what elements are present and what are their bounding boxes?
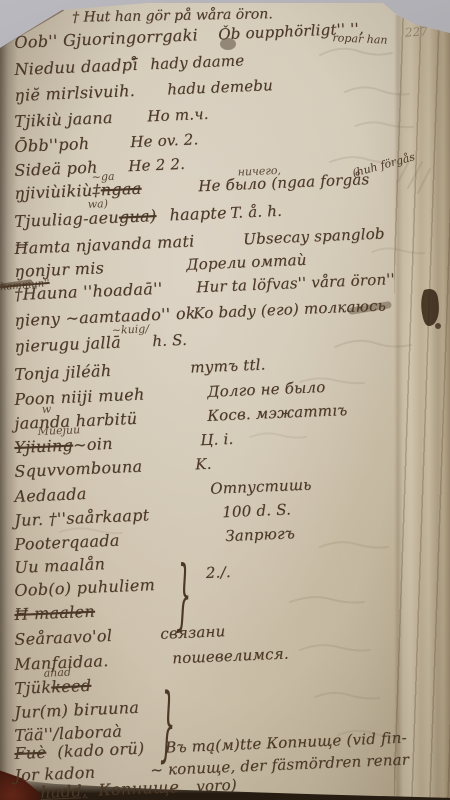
entry-gloss: Дорели омтаù xyxy=(186,251,307,274)
entry-word: Ħamta njavanda mati xyxy=(14,231,195,258)
entry-insertion: ~kuig/ xyxy=(112,322,150,337)
manuscript-line: Tjükkeed ahad xyxy=(14,676,92,698)
entry-gloss: тутъ ttl. xyxy=(190,355,266,376)
entry-gloss: Не было (ngaa forgås xyxy=(198,170,370,195)
manuscript-line: Ħamta njavanda mati Ubsecay spanglob xyxy=(14,231,195,258)
manuscript-line: Uu maalån 2./. xyxy=(14,554,106,577)
entry-word2: haapte xyxy=(169,203,227,224)
entry-note: ropar han xyxy=(332,31,388,46)
entry-word: Sideä poh xyxy=(14,158,98,180)
entry-insertion: w xyxy=(42,402,52,415)
grouping-brace: } xyxy=(160,676,175,771)
entry-gloss: h. S. xyxy=(152,331,187,350)
manuscript-line: Nieduu daadpī̊ hady daame xyxy=(14,55,138,79)
manuscript-line: Tonja jiléäh тутъ ttl. xyxy=(14,361,112,384)
entry-insertion: wa) xyxy=(87,197,108,211)
manuscript-line: Ōbb''poh Не ov. 2. xyxy=(14,134,90,156)
entry-word: Oob(o) puhuliem xyxy=(14,575,155,600)
entry-word: Aedaada xyxy=(14,484,87,506)
entry-word: ŋierugu jallā xyxy=(14,333,121,356)
manuscript-line: Aedaada Отпустишь xyxy=(14,484,87,506)
entry-word: Squvvombouna xyxy=(14,457,143,481)
entry-gloss: K. xyxy=(195,455,212,474)
entry-word-struck: Ħ maalen xyxy=(14,602,95,624)
entry-gloss: Ц. i. xyxy=(200,430,234,449)
manuscript-line: Sideä poh Не 2 2. xyxy=(14,158,98,180)
entry-word: (kado orü) xyxy=(57,739,145,762)
manuscript-line: ŋonjur mis Дорели омтаù xyxy=(14,258,104,281)
manuscript-line: Ħ maalen xyxy=(14,602,95,624)
entry-gloss: Не ov. 2. xyxy=(130,130,199,151)
entry-word-struck: gua) xyxy=(118,206,156,227)
entry-word: ŋiĕ mirlsivuih. xyxy=(14,81,135,105)
entry-gloss: Косв. мэжаттıъ xyxy=(207,401,348,425)
entry-gloss: Не 2 2. xyxy=(128,155,185,175)
manuscript-line: Oob'' Gjuoringorrgaki Ǒb oupphörligt'' '… xyxy=(14,25,198,52)
manuscript-line: ŋierugu jallā ~kuig/ h. S. xyxy=(14,333,121,356)
manuscript-line: ŋieny ~aamtaado'' ok Ko bady (его) толка… xyxy=(14,303,196,330)
entry-word: Seåraavo'ol xyxy=(14,626,113,649)
entry-word2: Копнище xyxy=(98,777,179,799)
header-note: † Hut han gör på wåra öron. xyxy=(72,6,273,26)
entry-gloss: Запрюгъ xyxy=(225,524,295,545)
entry-gloss: Ubsecay spanglob xyxy=(243,224,385,248)
entry-word: Ōbb''poh xyxy=(14,134,90,156)
entry-gloss-superscript: ничего, xyxy=(237,164,281,179)
entry-gloss: hadu demebu xyxy=(167,76,273,98)
grouping-brace: } xyxy=(176,550,191,640)
entry-insertion: ~ga xyxy=(92,170,115,184)
entry-gloss: 100 d. S. xyxy=(222,500,292,521)
entry-gloss: hady daame xyxy=(150,51,245,73)
manuscript-line: Seåraavo'ol связани xyxy=(14,626,113,649)
entry-word: ~oin xyxy=(73,434,113,455)
entry-gloss: Долго не было xyxy=(207,378,326,401)
handwritten-text-layer: † Hut han gör på wåra öron. 227 hammun''… xyxy=(0,0,450,800)
entry-word-struck: Yjiuing xyxy=(14,436,73,457)
entry-word: Tjük xyxy=(14,677,52,698)
entry-word: ŋieny ~aamtaado'' ok xyxy=(14,303,196,330)
entry-word: Poon niiji mueh xyxy=(14,385,145,409)
manuscript-line: Pooterqaada Запрюгъ xyxy=(14,531,120,554)
entry-gloss: пошевелимся. xyxy=(172,645,289,668)
entry-word: Tjuuliag-aeu xyxy=(14,208,119,231)
entry-word: Uu maalån xyxy=(14,554,106,577)
entry-word: Oob'' Gjuoringorrgaki xyxy=(14,25,198,52)
manuscript-line: Poon niiji mueh Долго не было xyxy=(14,385,145,409)
manuscript-line: Jur(m) biruuna xyxy=(14,698,139,722)
entry-gloss: Отпустишь xyxy=(210,476,312,498)
manuscript-line: Tjikiù jaana Но т.ч. xyxy=(14,108,113,131)
entry-gloss: T. å. h. xyxy=(230,202,283,222)
entry-word: Jur. †''saårkaapt xyxy=(14,505,150,530)
entry-word: Tjikiù jaana xyxy=(14,108,113,131)
entry-word-struck: Fuè xyxy=(14,743,47,763)
manuscript-line: Fuè (kado orü) Въ тą(м)ttе Копнище (vid … xyxy=(14,739,145,763)
page-number: 227 xyxy=(405,24,429,40)
entry-word-underlined: hadd, xyxy=(40,781,88,800)
entry-word: ŋonjur mis xyxy=(14,258,104,281)
entry-word: Nieduu daadpī̊ xyxy=(14,55,138,79)
manuscript-line: Oob(o) puhuliem xyxy=(14,575,155,600)
manuscript-line: Jur. †''saårkaapt 100 d. S. xyxy=(14,505,150,530)
manuscript-line: Yjiuing~oin Muejuu Ц. i. xyxy=(14,434,113,457)
manuscript-line: ŋjiviùikiù‡ngaa ~ga Не было (ngaa forgås… xyxy=(14,179,142,203)
entry-gloss: связани xyxy=(160,622,226,643)
entry-insertion: ahad xyxy=(44,666,72,680)
entry-word: Tonja jiléäh xyxy=(14,361,112,384)
manuscript-line: ŋiĕ mirlsivuih. hadu demebu xyxy=(14,81,135,105)
entry-gloss: Но т.ч. xyxy=(147,105,209,126)
entry-note: (huh förgås xyxy=(351,150,416,180)
entry-word: Pooterqaada xyxy=(14,531,120,554)
entry-insertion: Muejuu xyxy=(37,423,80,438)
entry-gloss: Hur ta löfvas'' våra öron'' xyxy=(196,270,395,296)
entry-gloss: voro) xyxy=(196,776,237,796)
entry-gloss: Ko bady (его) толкаюсь xyxy=(193,296,386,322)
manuscript-line: Tjuuliag-aeugua) haapte wa) T. å. h. xyxy=(14,203,227,231)
entry-gloss: 2./. xyxy=(205,563,231,582)
manuscript-line: Squvvombouna K. xyxy=(14,457,143,481)
photo-of-manuscript-page: † Hut han gör på wåra öron. 227 hammun''… xyxy=(0,0,450,800)
book-page: † Hut han gör på wåra öron. 227 hammun''… xyxy=(0,0,450,800)
entry-word: Jur(m) biruuna xyxy=(14,698,139,722)
